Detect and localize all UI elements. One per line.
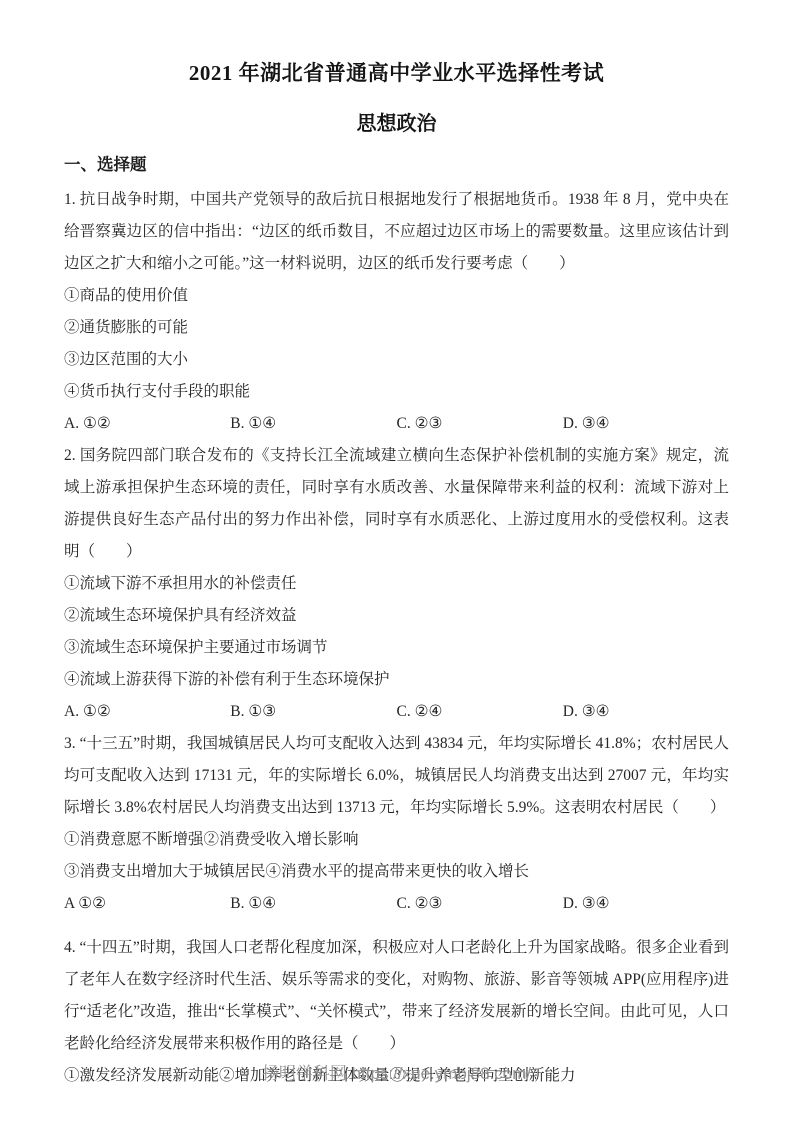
question-1-choice-c: C. ②③ bbox=[397, 408, 563, 440]
question-3-answer-row: A ①② B. ①④ C. ②③ D. ③④ bbox=[64, 888, 729, 920]
question-2-stem: 2. 国务院四部门联合发布的《支持长江全流域建立横向生态保护补偿机制的实施方案》… bbox=[64, 440, 729, 568]
exam-subtitle: 思想政治 bbox=[64, 110, 729, 138]
question-3-choice-a: A ①② bbox=[64, 888, 230, 920]
question-2-choice-d: D. ③④ bbox=[563, 696, 729, 728]
question-1-choice-b: B. ①④ bbox=[230, 408, 396, 440]
question-3-choice-d: D. ③④ bbox=[563, 888, 729, 920]
question-2-option-3: ③流域生态环境保护主要通过市场调节 bbox=[64, 632, 729, 664]
question-1-choice-d: D. ③④ bbox=[563, 408, 729, 440]
question-2-option-1: ①流域下游不承担用水的补偿责任 bbox=[64, 568, 729, 600]
question-2-option-2: ②流域生态环境保护具有经济效益 bbox=[64, 600, 729, 632]
question-1-option-2: ②通货膨胀的可能 bbox=[64, 312, 729, 344]
question-1-choice-a: A. ①② bbox=[64, 408, 230, 440]
watermark-footer: 扬明学科网 https://xue.ymbj88.com/ bbox=[0, 1062, 793, 1086]
question-3-choice-b: B. ①④ bbox=[230, 888, 396, 920]
question-3-option-line-2: ③消费支出增加大于城镇居民④消费水平的提高带来更快的收入增长 bbox=[64, 856, 729, 888]
question-2: 2. 国务院四部门联合发布的《支持长江全流域建立横向生态保护补偿机制的实施方案》… bbox=[64, 440, 729, 728]
question-3-choice-c: C. ②③ bbox=[397, 888, 563, 920]
question-1-option-1: ①商品的使用价值 bbox=[64, 280, 729, 312]
question-1-stem: 1. 抗日战争时期，中国共产党领导的敌后抗日根据地发行了根据地货币。1938 年… bbox=[64, 184, 729, 280]
exam-title: 2021 年湖北省普通高中学业水平选择性考试 bbox=[64, 58, 729, 88]
exam-page: 2021 年湖北省普通高中学业水平选择性考试 思想政治 一、选择题 1. 抗日战… bbox=[0, 0, 793, 1122]
question-1-answer-row: A. ①② B. ①④ C. ②③ D. ③④ bbox=[64, 408, 729, 440]
question-2-choice-b: B. ①③ bbox=[230, 696, 396, 728]
question-4-stem: 4. “十四五”时期，我国人口老帮化程度加深，积极应对人口老龄化上升为国家战略。… bbox=[64, 932, 729, 1060]
question-2-option-4: ④流域上游获得下游的补偿有利于生态环境保护 bbox=[64, 664, 729, 696]
question-3: 3. “十三五”时期，我国城镇居民人均可支配收入达到 43834 元，年均实际增… bbox=[64, 728, 729, 920]
question-3-stem: 3. “十三五”时期，我国城镇居民人均可支配收入达到 43834 元，年均实际增… bbox=[64, 728, 729, 824]
section-heading-multiple-choice: 一、选择题 bbox=[64, 154, 729, 176]
question-2-choice-a: A. ①② bbox=[64, 696, 230, 728]
question-1-option-3: ③边区范围的大小 bbox=[64, 344, 729, 376]
question-3-option-line-1: ①消费意愿不断增强②消费受收入增长影响 bbox=[64, 824, 729, 856]
question-1: 1. 抗日战争时期，中国共产党领导的敌后抗日根据地发行了根据地货币。1938 年… bbox=[64, 184, 729, 440]
question-2-choice-c: C. ②④ bbox=[397, 696, 563, 728]
watermark-site-url: 扬明学科网 https://xue.ymbj88.com/ bbox=[262, 1064, 531, 1083]
question-1-option-4: ④货币执行支付手段的职能 bbox=[64, 376, 729, 408]
question-2-answer-row: A. ①② B. ①③ C. ②④ D. ③④ bbox=[64, 696, 729, 728]
